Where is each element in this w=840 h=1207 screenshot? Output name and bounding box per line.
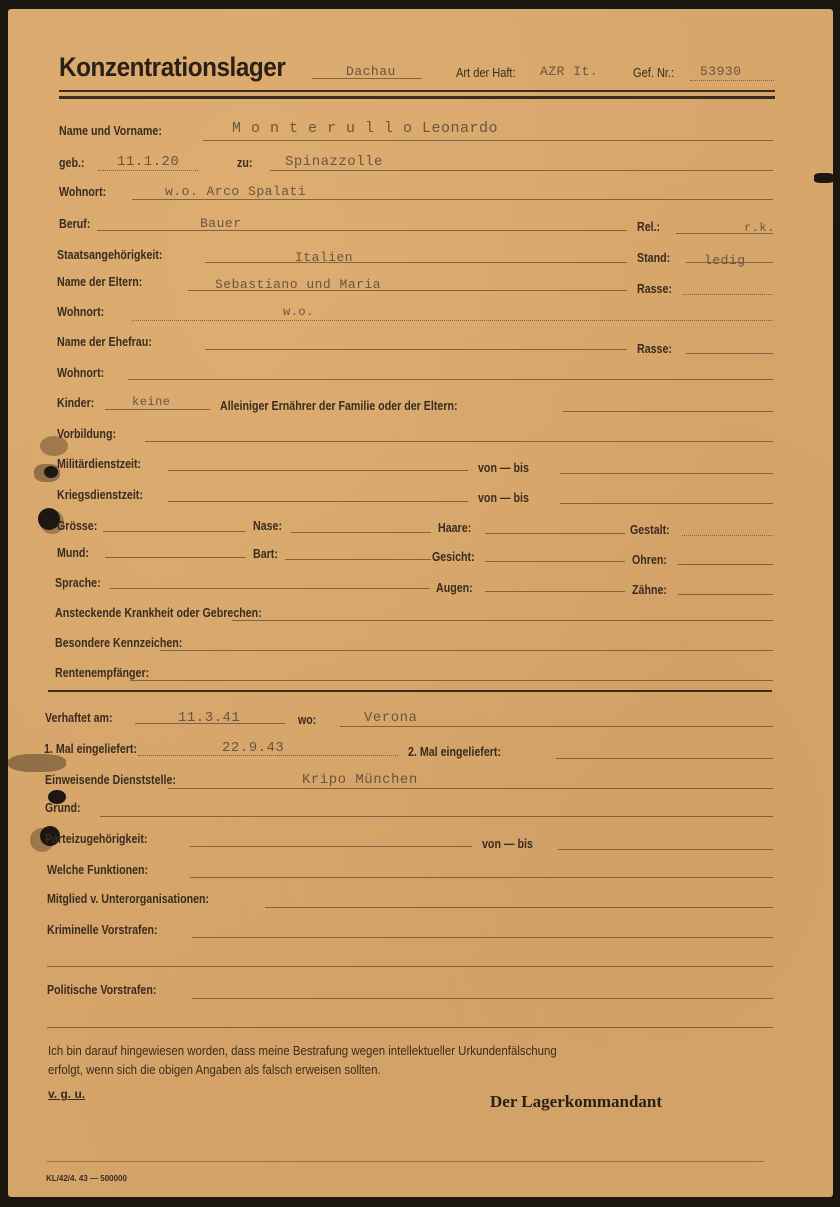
ehefrau-wohnort-label: Wohnort: (57, 365, 104, 380)
form-code: KL/42/4. 43 — 500000 (46, 1174, 127, 1183)
eltern-wohnort-value: w.o. (283, 305, 314, 319)
grund-label: Grund: (45, 800, 81, 815)
header-rule (59, 96, 775, 99)
verhaftet-value: 11.3.41 (178, 710, 240, 726)
geb-value: 11.1.20 (117, 154, 179, 170)
mund-label: Mund: (57, 545, 89, 560)
eltern-label: Name der Eltern: (57, 274, 142, 289)
edge-tear (814, 173, 834, 183)
lagerkommandant-signature-label: Der Lagerkommandant (490, 1092, 662, 1112)
declaration-line-2: erfolgt, wenn sich die obigen Angaben al… (48, 1062, 381, 1077)
wohnort-value: w.o. Arco Spalati (165, 184, 306, 199)
kinder-label: Kinder: (57, 395, 94, 410)
rasse2-label: Rasse: (637, 341, 672, 356)
augen-label: Augen: (436, 580, 473, 595)
militaer-vonbis-label: von — bis (478, 460, 529, 475)
mal1-value: 22.9.43 (222, 740, 284, 756)
haare-label: Haare: (438, 520, 471, 535)
partei-label: Parteizugehörigkeit: (45, 831, 147, 846)
eltern-wohnort-label: Wohnort: (57, 304, 104, 319)
mitglied-label: Mitglied v. Unterorganisationen: (47, 891, 209, 906)
krieg-label: Kriegsdienstzeit: (57, 487, 143, 502)
ehefrau-label: Name der Ehefrau: (57, 334, 152, 349)
declaration-line-1: Ich bin darauf hingewiesen worden, dass … (48, 1043, 557, 1058)
bart-label: Bart: (253, 546, 278, 561)
zu-value: Spinazzolle (285, 154, 383, 170)
zu-label: zu: (237, 155, 252, 170)
wo-label: wo: (298, 712, 316, 727)
gef-nr-value: 53930 (700, 64, 742, 79)
beruf-value: Bauer (200, 216, 242, 231)
vgu-mark: v. g. u. (48, 1087, 85, 1101)
gestalt-label: Gestalt: (630, 522, 670, 537)
staat-label: Staatsangehörigkeit: (57, 247, 162, 262)
zaehne-label: Zähne: (632, 582, 667, 597)
header-rule (59, 90, 775, 92)
dienststelle-value: Kripo München (302, 772, 418, 788)
form-title: Konzentrationslager (59, 52, 285, 83)
mal1-label: 1. Mal eingeliefert: (44, 741, 137, 756)
eltern-value: Sebastiano und Maria (215, 277, 381, 292)
haft-label: Art der Haft: (456, 65, 516, 80)
mal2-label: 2. Mal eingeliefert: (408, 744, 501, 759)
partei-vonbis-label: von — bis (482, 836, 533, 851)
beruf-label: Beruf: (59, 216, 90, 231)
wohnort-label: Wohnort: (59, 184, 106, 199)
name-label: Name und Vorname: (59, 123, 162, 138)
haft-value: AZR It. (540, 64, 598, 79)
gesicht-label: Gesicht: (432, 549, 475, 564)
rasse-label: Rasse: (637, 281, 672, 296)
rente-label: Rentenempfänger: (55, 665, 149, 680)
ernaehrer-label: Alleiniger Ernährer der Familie oder der… (220, 398, 458, 413)
krankheit-label: Ansteckende Krankheit oder Gebrechen: (55, 605, 262, 620)
groesse-label: Grösse: (57, 518, 97, 533)
rel-label: Rel.: (637, 219, 660, 234)
vorbildung-label: Vorbildung: (57, 426, 116, 441)
sprache-label: Sprache: (55, 575, 101, 590)
verhaftet-label: Verhaftet am: (45, 710, 113, 725)
kinder-value: keine (132, 395, 171, 409)
stand-label: Stand: (637, 250, 670, 265)
kriminelle-label: Kriminelle Vorstrafen: (47, 922, 158, 937)
dienststelle-label: Einweisende Dienststelle: (45, 772, 176, 787)
krieg-vonbis-label: von — bis (478, 490, 529, 505)
funktionen-label: Welche Funktionen: (47, 862, 148, 877)
politische-label: Politische Vorstrafen: (47, 982, 156, 997)
gef-nr-label: Gef. Nr.: (633, 65, 674, 80)
section-rule (48, 690, 772, 692)
geb-label: geb.: (59, 155, 84, 170)
wo-value: Verona (364, 710, 417, 726)
signature-line (47, 1161, 764, 1162)
punch-hole (44, 466, 58, 478)
militaer-label: Militärdienstzeit: (57, 456, 141, 471)
nase-label: Nase: (253, 518, 282, 533)
rel-value: r.k. (744, 221, 775, 235)
ohren-label: Ohren: (632, 552, 667, 567)
name-value: M o n t e r u l l o Leonardo (232, 120, 498, 137)
kennzeichen-label: Besondere Kennzeichen: (55, 635, 182, 650)
staat-value: Italien (295, 250, 353, 265)
form-sheet (8, 9, 833, 1197)
camp-name-value: Dachau (346, 64, 396, 79)
stand-value: ledig (704, 253, 746, 268)
stain-mark (8, 754, 66, 772)
